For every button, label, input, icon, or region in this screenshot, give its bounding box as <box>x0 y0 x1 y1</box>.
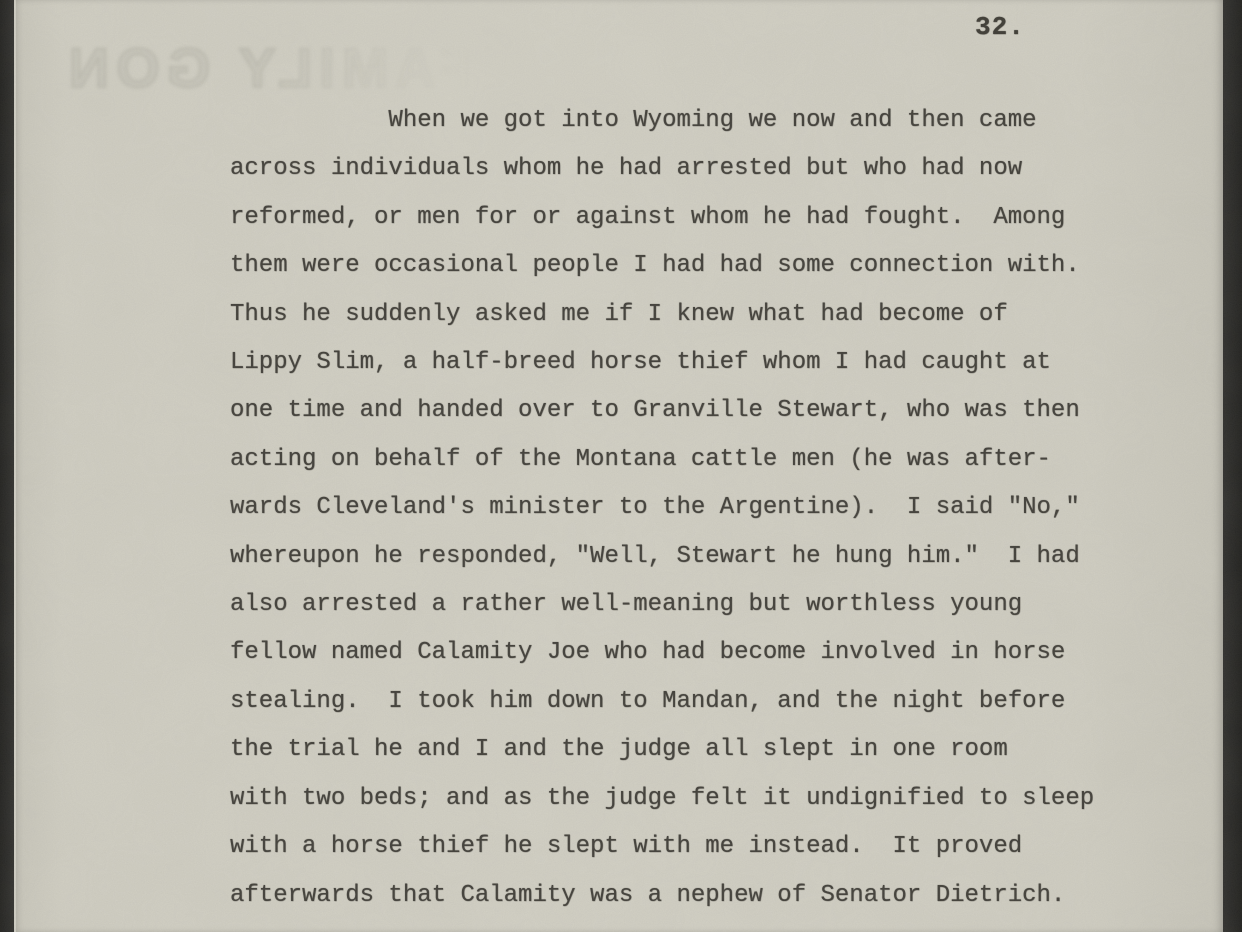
scan-left-border <box>0 0 14 932</box>
scan-right-border <box>1223 0 1242 932</box>
paper-sheet: FAMILY GONE 32. When we got into Wyoming… <box>14 0 1224 932</box>
typewritten-body-text: When we got into Wyoming we now and then… <box>230 97 1130 920</box>
scanned-manuscript-page: FAMILY GONE 32. When we got into Wyoming… <box>0 0 1242 932</box>
page-number: 32. <box>975 12 1025 42</box>
